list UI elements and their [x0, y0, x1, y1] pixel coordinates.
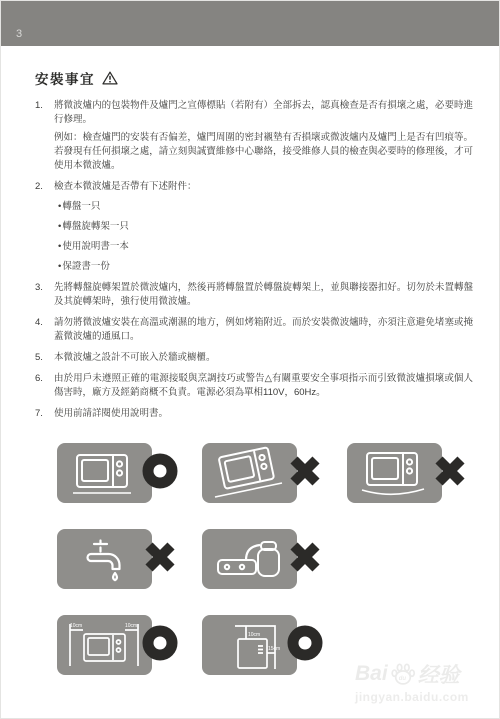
bullet-text: 保證書一份: [62, 261, 110, 272]
list-item: 6. 由於用戶未遵照正確的電源接駁與烹調技巧或警告△有關重要安全事項指示而引致微…: [35, 372, 473, 400]
figure-tile-gas-stove: [202, 529, 297, 589]
list-item: 2. 檢查本微波爐是否帶有下述附件： •轉盤一只 •轉盤旋轉架一只 •使用說明書…: [35, 180, 473, 274]
list-item: 7. 使用前請詳閱使用說明書。: [35, 407, 473, 421]
water-faucet-icon: [57, 529, 152, 589]
bullet-text: 使用說明書一本: [62, 241, 129, 252]
dimension-label: 10cm: [70, 623, 82, 629]
bullet-item: •轉盤一只: [58, 200, 473, 214]
bullet-marker: •: [58, 201, 61, 212]
bullet-item: •使用說明書一本: [58, 240, 473, 254]
watermark-brand-inner: du: [398, 676, 406, 682]
page-header-bar: 3: [1, 1, 499, 46]
figure-tile-tilted-surface: [202, 443, 297, 503]
bullet-marker: •: [58, 241, 61, 252]
installation-figures: 10cm 10cm: [57, 443, 473, 675]
microwave-level-icon: [57, 443, 152, 503]
gas-stove-icon: [202, 529, 297, 589]
item-text: 先將轉盤旋轉架置於微波爐内，然後再將轉盤置於轉盤旋轉架上，並與聯接器扣好。切勿於…: [54, 281, 473, 309]
page-number: 3: [16, 28, 22, 40]
figure-row-2: [57, 529, 473, 589]
cross-mark-icon: [286, 538, 324, 576]
dimension-label: 15cm: [268, 646, 280, 652]
item-number: 5.: [35, 351, 54, 365]
figure-row-3: 10cm 10cm: [57, 615, 473, 675]
ok-mark-icon: [141, 452, 179, 490]
ok-mark-icon: [141, 624, 179, 662]
item-text: 檢查本微波爐是否帶有下述附件：: [54, 180, 473, 194]
bullet-item: •轉盤旋轉架一只: [58, 220, 473, 234]
bullet-marker: •: [58, 261, 61, 272]
figure-tile-uneven-surface: [347, 443, 442, 503]
cross-mark-icon: [286, 452, 324, 490]
figure-tile-level-surface: [57, 443, 152, 503]
cross-mark-icon: [141, 538, 179, 576]
document-content: 安裝事宜 1. 將微波爐内的包裝物件及爐門之宣傳標貼（若附有）全部拆去，認真檢查…: [1, 46, 499, 675]
section-heading: 安裝事宜: [35, 68, 473, 88]
section-title: 安裝事宜: [35, 68, 95, 88]
item-text: 將微波爐内的包裝物件及爐門之宣傳標貼（若附有）全部拆去，認真檢查是否有損壞之處，…: [54, 99, 473, 127]
item-number: 6.: [35, 372, 54, 400]
dimension-label: 10cm: [248, 632, 260, 638]
figure-tile-water-faucet: [57, 529, 152, 589]
cross-mark-icon: [431, 452, 469, 490]
item-text: 請勿將微波爐安裝在高溫或潮濕的地方，例如烤箱附近。而於安裝微波爐時，亦須注意避免…: [54, 316, 473, 344]
bullet-item: •保證書一份: [58, 260, 473, 274]
item-text: 由於用戶未遵照正確的電源接駁與烹調技巧或警告△有關重要安全事項指示而引致微波爐損…: [54, 372, 473, 400]
list-item: 3. 先將轉盤旋轉架置於微波爐内，然後再將轉盤置於轉盤旋轉架上，並與聯接器扣好。…: [35, 281, 473, 309]
top-back-clearance-icon: 10cm 15cm: [202, 615, 297, 675]
item-number: 4.: [35, 316, 54, 344]
bullet-marker: •: [58, 221, 61, 232]
item-number: 1.: [35, 99, 54, 173]
side-clearance-icon: 10cm 10cm: [57, 615, 152, 675]
figure-tile-top-back-clearance: 10cm 15cm: [202, 615, 297, 675]
item-number: 3.: [35, 281, 54, 309]
figure-tile-side-clearance: 10cm 10cm: [57, 615, 152, 675]
microwave-uneven-icon: [347, 443, 442, 503]
bullet-text: 轉盤旋轉架一只: [62, 221, 129, 232]
figure-row-1: [57, 443, 473, 503]
list-item: 1. 將微波爐内的包裝物件及爐門之宣傳標貼（若附有）全部拆去，認真檢查是否有損壞…: [35, 99, 473, 173]
item-text: 使用前請詳閱使用說明書。: [54, 407, 473, 421]
list-item: 5. 本微波爐之設計不可嵌入於牆或櫥櫃。: [35, 351, 473, 365]
dimension-label: 10cm: [125, 623, 137, 629]
bullet-text: 轉盤一只: [62, 201, 100, 212]
item-number: 7.: [35, 407, 54, 421]
list-item: 4. 請勿將微波爐安裝在高溫或潮濕的地方，例如烤箱附近。而於安裝微波爐時，亦須注…: [35, 316, 473, 344]
item-note: 例如：檢查爐門的安裝有否偏差，爐門周圍的密封襯墊有否損壞或微波爐内及爐門上是否有…: [54, 131, 473, 173]
watermark-url: jingyan.baidu.com: [355, 690, 500, 704]
warning-triangle-icon: [102, 71, 118, 85]
item-number: 2.: [35, 180, 54, 274]
ok-mark-icon: [286, 624, 324, 662]
item-text: 本微波爐之設計不可嵌入於牆或櫥櫃。: [54, 351, 473, 365]
accessory-list: •轉盤一只 •轉盤旋轉架一只 •使用說明書一本 •保證書一份: [58, 200, 473, 274]
microwave-tilted-icon: [202, 443, 297, 503]
